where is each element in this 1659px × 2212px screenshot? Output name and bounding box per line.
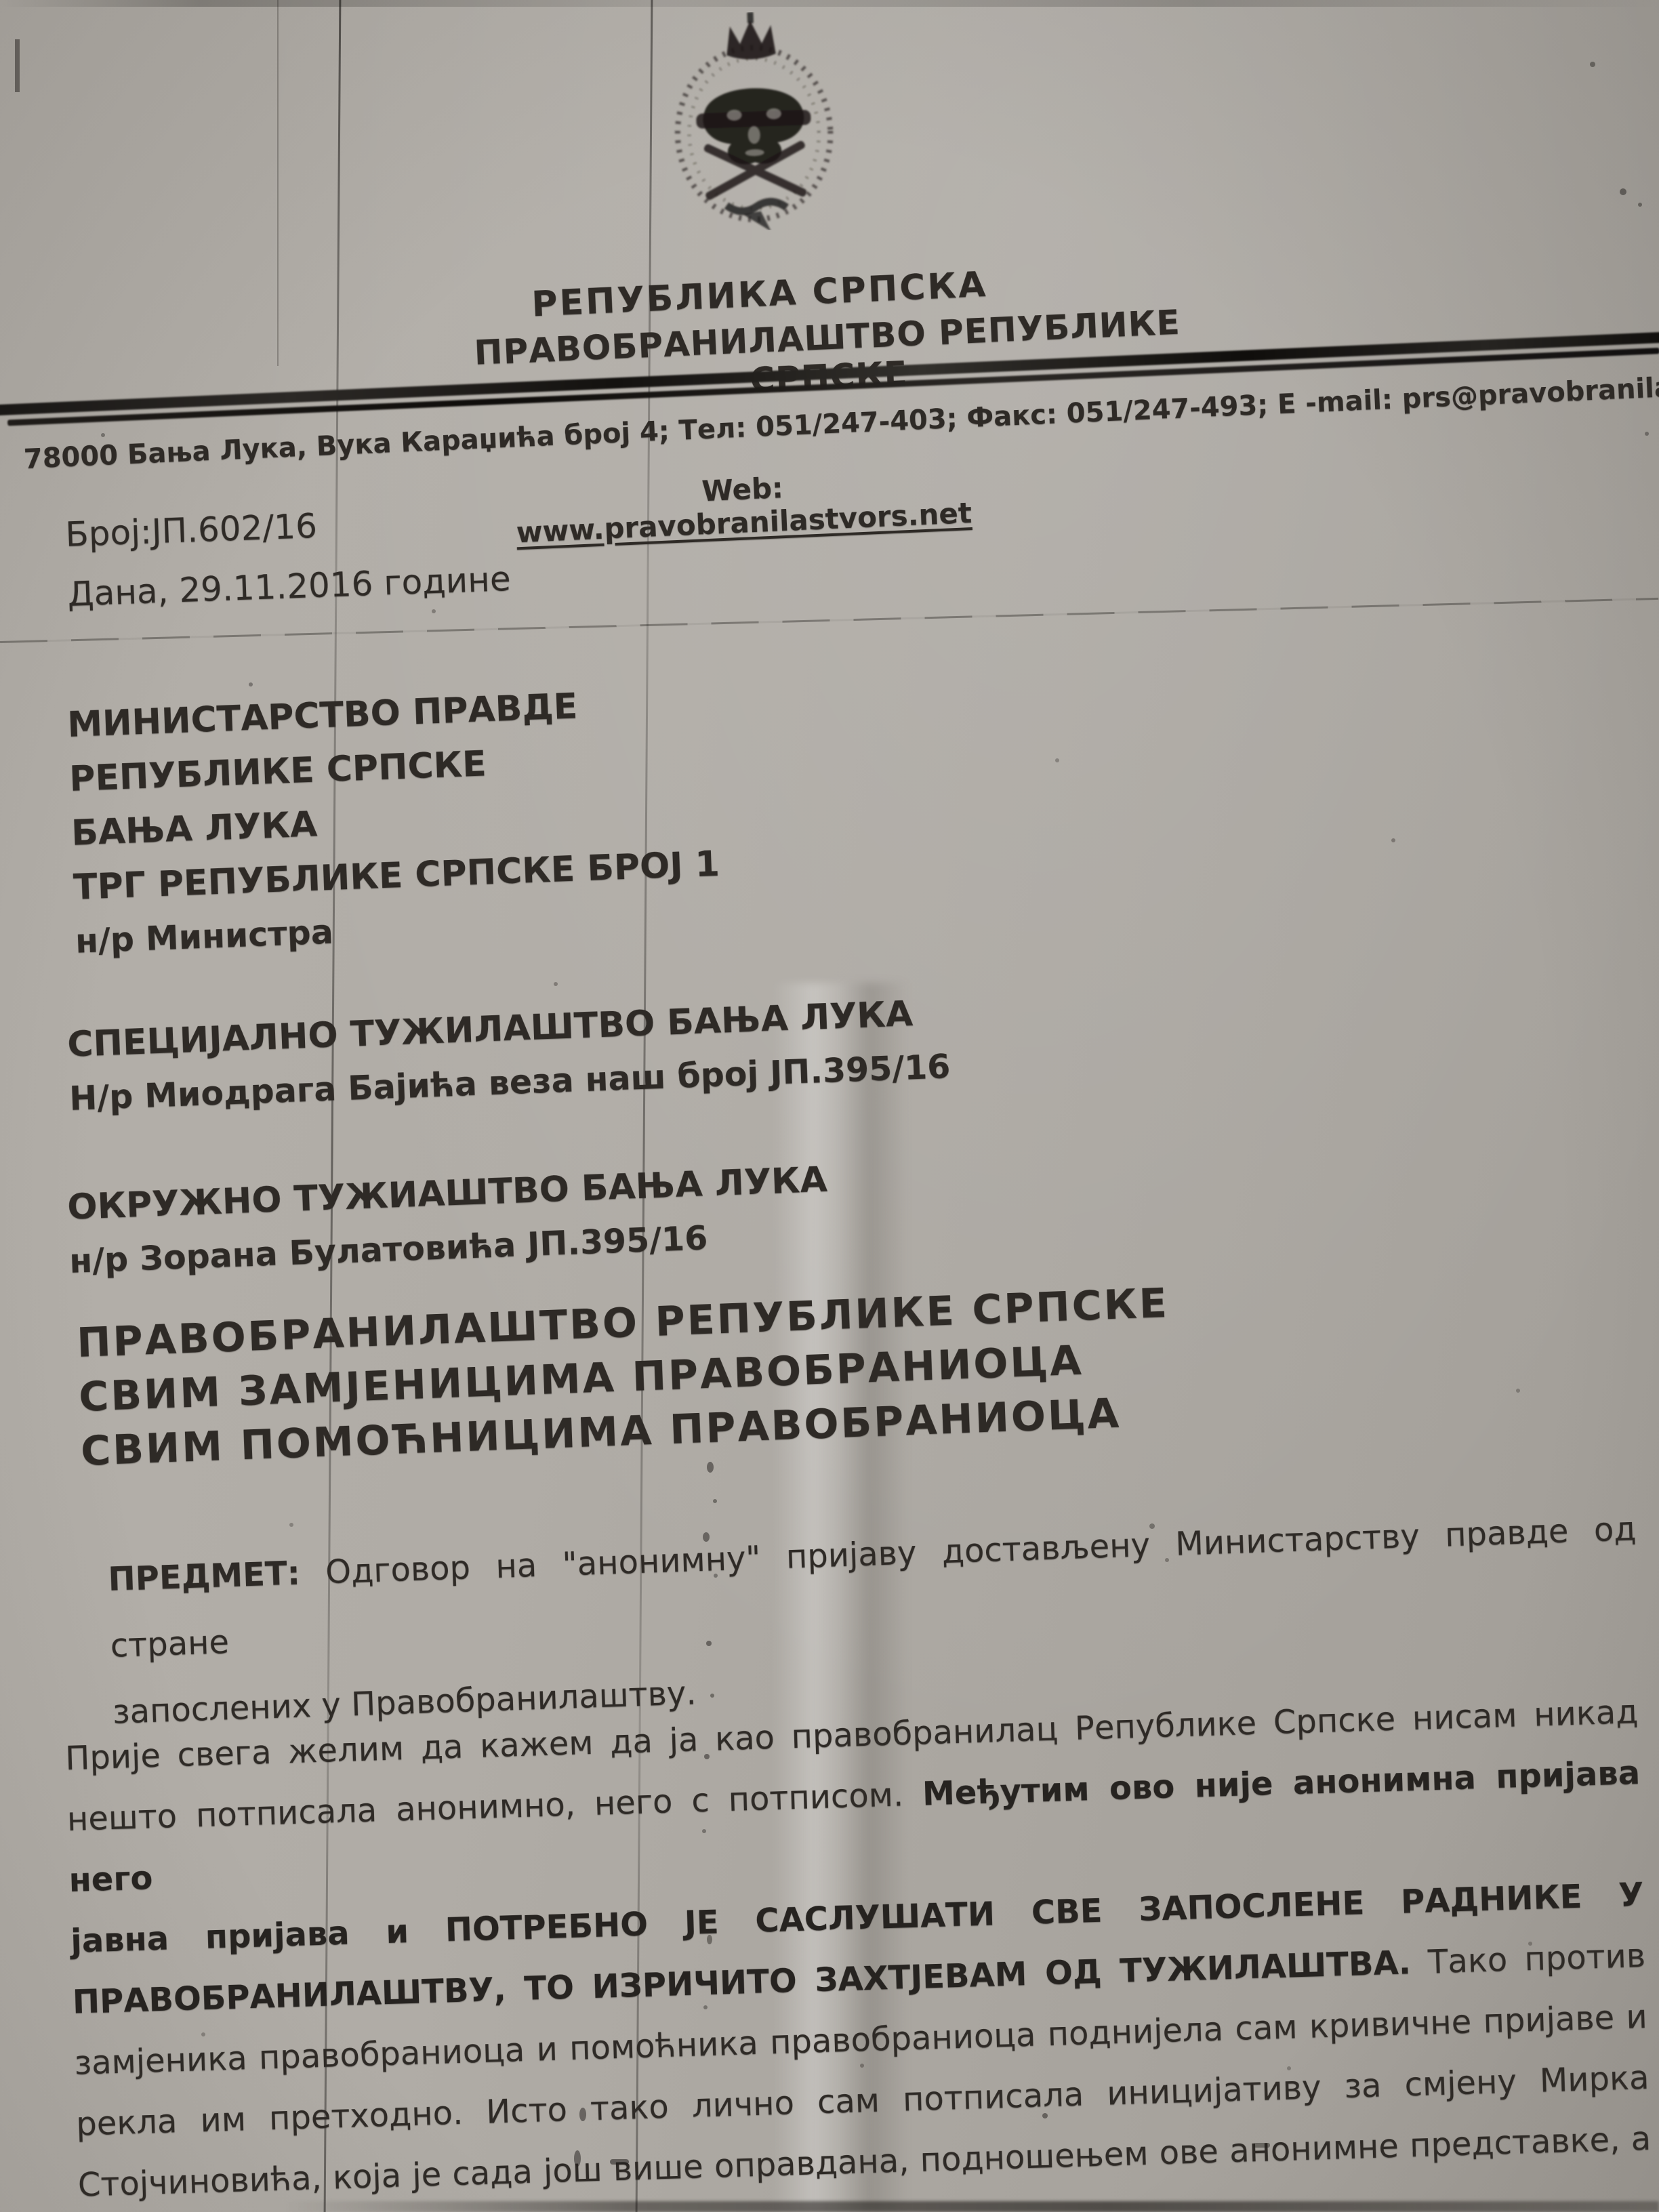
- body-paragraph: Прије свега желим да кажем да ја као пра…: [64, 1681, 1652, 2212]
- recipient-ministry: МИНИСТАРСТВО ПРАВДЕ РЕПУБЛИКЕ СРПСКЕ БАЊ…: [66, 674, 722, 969]
- coat-of-arms-icon: [648, 9, 859, 234]
- reference-block: Број:ЈП.602/16 Дана, 29.11.2016 године: [64, 489, 512, 624]
- recipient-district-prosecutor: ОКРУЖНО ТУЖИАШТВО БАЊА ЛУКА н/р Зорана Б…: [66, 1153, 830, 1289]
- fold-crease-short: [277, 0, 279, 366]
- letterhead-web-line: Web: www.pravobranilastvors.net: [505, 462, 982, 549]
- subject-label: ПРЕДМЕТ:: [108, 1555, 301, 1599]
- web-label: Web:: [701, 471, 784, 508]
- scanned-letter-photo: РЕПУБЛИКА СРПСКА ПРАВОБРАНИЛАШТВО РЕПУБЛ…: [0, 0, 1659, 2212]
- paper-top-edge: [0, 0, 1659, 7]
- recipient-attorney-office: ПРАВОБРАНИЛАШТВО РЕПУБЛИКЕ СРПСКЕ СВИМ З…: [76, 1276, 1174, 1479]
